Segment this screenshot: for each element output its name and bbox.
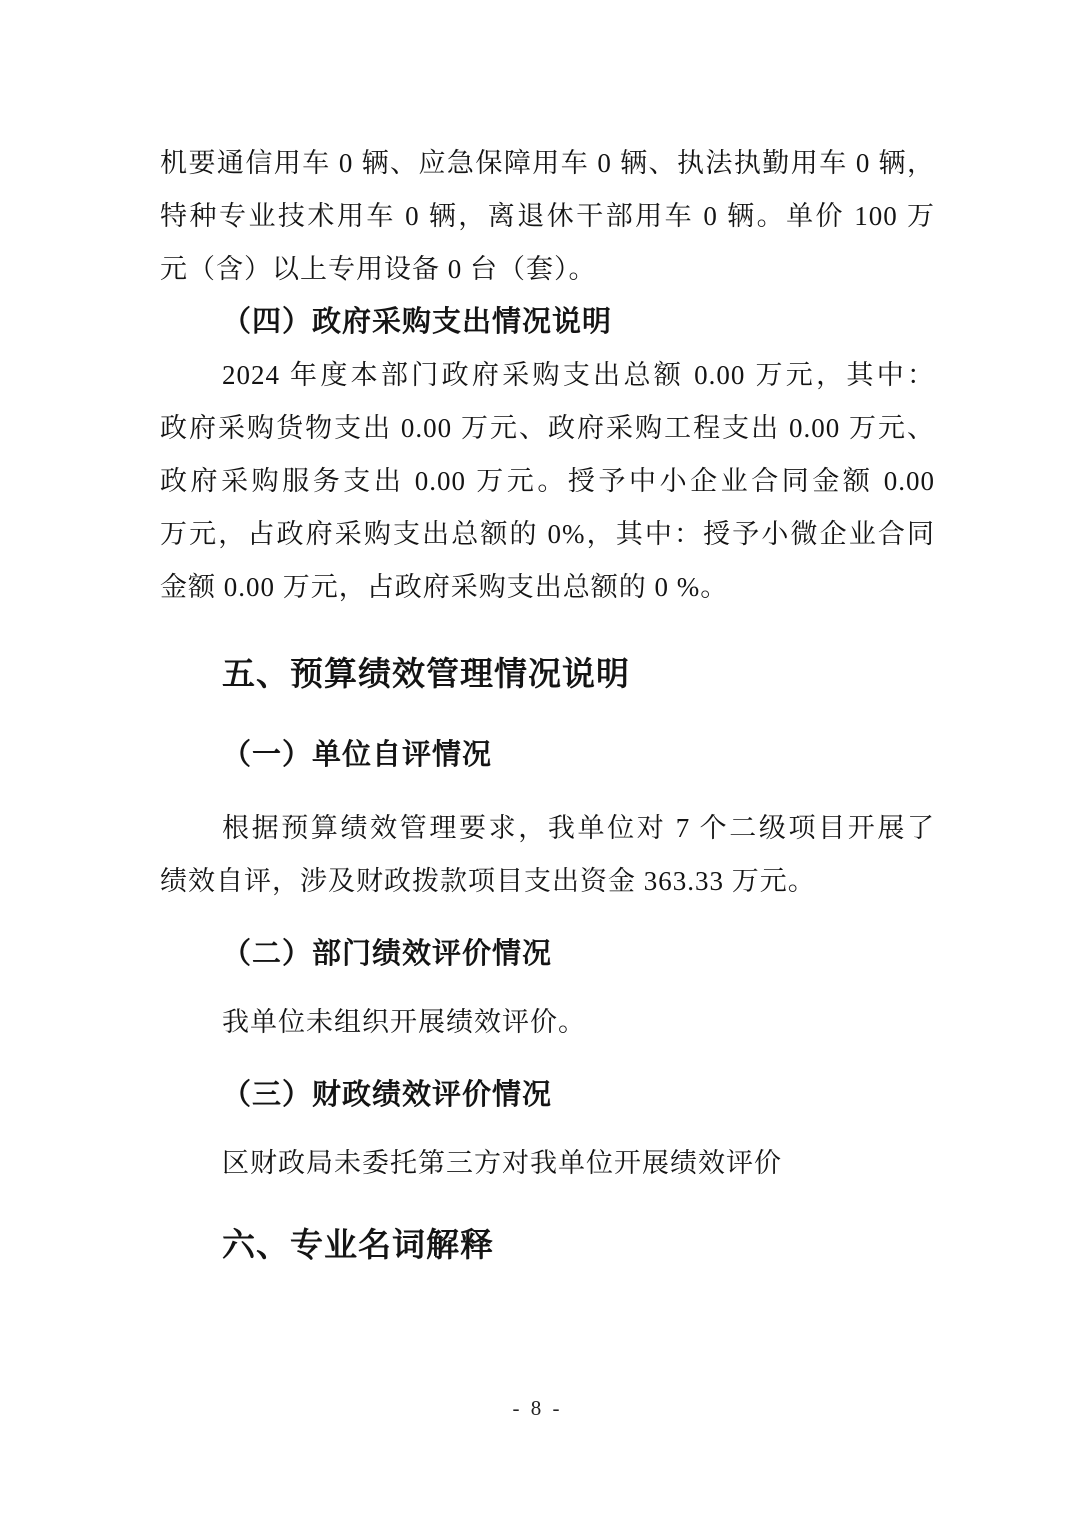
subsection-heading: （二）部门绩效评价情况 — [160, 928, 935, 981]
body-text-line: 政府采购服务支出 0.00 万元。授予中小企业合同金额 0.00 — [160, 455, 935, 508]
document-body: 机要通信用车 0 辆、应急保障用车 0 辆、执法执勤用车 0 辆，特种专业技术用… — [160, 137, 935, 1275]
body-text-line: 根据预算绩效管理要求，我单位对 7 个二级项目开展了 — [160, 802, 935, 855]
subsection-heading: （四）政府采购支出情况说明 — [160, 296, 935, 349]
body-text-line: 区财政局未委托第三方对我单位开展绩效评价 — [160, 1137, 935, 1190]
subsection-heading: （一）单位自评情况 — [160, 729, 935, 782]
subsection-heading: （三）财政绩效评价情况 — [160, 1069, 935, 1122]
page-number: - 8 - — [0, 1396, 1075, 1421]
section-heading: 六、专业名词解释 — [160, 1215, 935, 1275]
body-text-line: 机要通信用车 0 辆、应急保障用车 0 辆、执法执勤用车 0 辆， — [160, 137, 935, 190]
body-text-line: 绩效自评，涉及财政拨款项目支出资金 363.33 万元。 — [160, 855, 935, 908]
body-text-line: 政府采购货物支出 0.00 万元、政府采购工程支出 0.00 万元、 — [160, 402, 935, 455]
body-text-line: 我单位未组织开展绩效评价。 — [160, 996, 935, 1049]
body-text-line: 金额 0.00 万元，占政府采购支出总额的 0 %。 — [160, 561, 935, 614]
document-page: 机要通信用车 0 辆、应急保障用车 0 辆、执法执勤用车 0 辆，特种专业技术用… — [0, 0, 1075, 1520]
body-text-line: 万元，占政府采购支出总额的 0%，其中：授予小微企业合同 — [160, 508, 935, 561]
body-text-line: 元（含）以上专用设备 0 台（套）。 — [160, 243, 935, 296]
section-heading: 五、预算绩效管理情况说明 — [160, 644, 935, 704]
body-text-line: 特种专业技术用车 0 辆，离退休干部用车 0 辆。单价 100 万 — [160, 190, 935, 243]
body-text-line: 2024 年度本部门政府采购支出总额 0.00 万元，其中： — [160, 349, 935, 402]
